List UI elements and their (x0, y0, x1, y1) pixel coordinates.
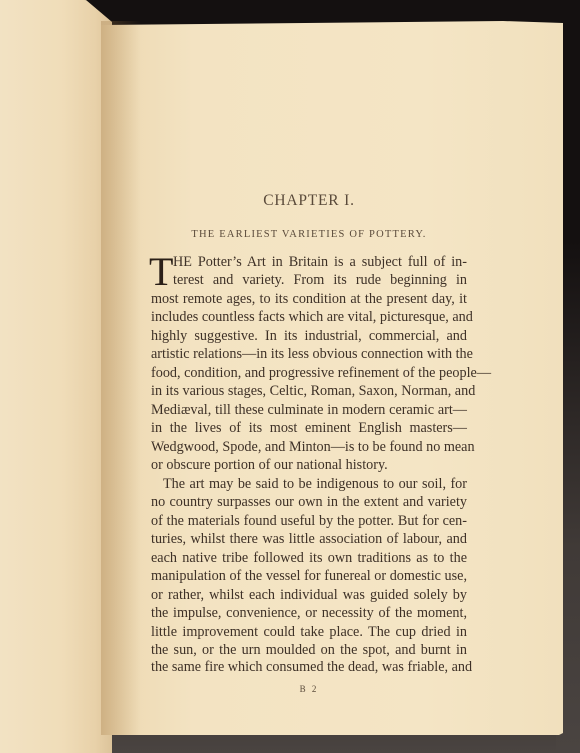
text-line: or rather, whilst each individual was gu… (151, 586, 467, 604)
text-line: includes countless facts which are vital… (151, 308, 467, 326)
left-page-edge (0, 0, 112, 753)
text-line: the sun, or the urn moulded on the spot,… (151, 641, 467, 659)
text-line: the impulse, convenience, or necessity o… (151, 604, 467, 622)
text-line: of the materials found useful by the pot… (151, 512, 467, 530)
text-line: Wedgwood, Spode, and Minton—is to be fou… (151, 438, 467, 456)
text-line: food, condition, and progressive refinem… (151, 364, 467, 382)
text-line: most remote ages, to its condition at th… (151, 290, 467, 308)
text-line: or obscure portion of our national histo… (151, 456, 467, 474)
text-line: each native tribe followed its own tradi… (151, 549, 467, 567)
text-line: Mediæval, till these culminate in modern… (151, 401, 467, 419)
text-line: artistic relations—in its less obvious c… (151, 345, 467, 363)
text-line: the same fire which consumed the dead, w… (151, 658, 467, 676)
drop-cap: T (149, 254, 173, 290)
text-line: in the lives of its most eminent English… (151, 419, 467, 437)
text-line: highly suggestive. In its industrial, co… (151, 327, 467, 345)
signature-mark: B 2 (151, 684, 467, 694)
text-line: terest and variety. From its rude beginn… (173, 271, 467, 289)
text-line: in its various stages, Celtic, Roman, Sa… (151, 382, 467, 400)
text-line: manipulation of the vessel for funereal … (151, 567, 467, 585)
text-line: no country surpasses our own in the exte… (151, 493, 467, 511)
text-line: turies, whilst there was little associat… (151, 530, 467, 548)
gutter-shadow (101, 21, 141, 735)
text-line: HE Potter’s Art in Britain is a subject … (173, 253, 467, 271)
text-line: The art may be said to be indigenous to … (163, 475, 467, 493)
chapter-subtitle: THE EARLIEST VARIETIES OF POTTERY. (151, 229, 467, 240)
chapter-title: CHAPTER I. (151, 192, 467, 210)
text-line: little improvement could take place. The… (151, 623, 467, 641)
